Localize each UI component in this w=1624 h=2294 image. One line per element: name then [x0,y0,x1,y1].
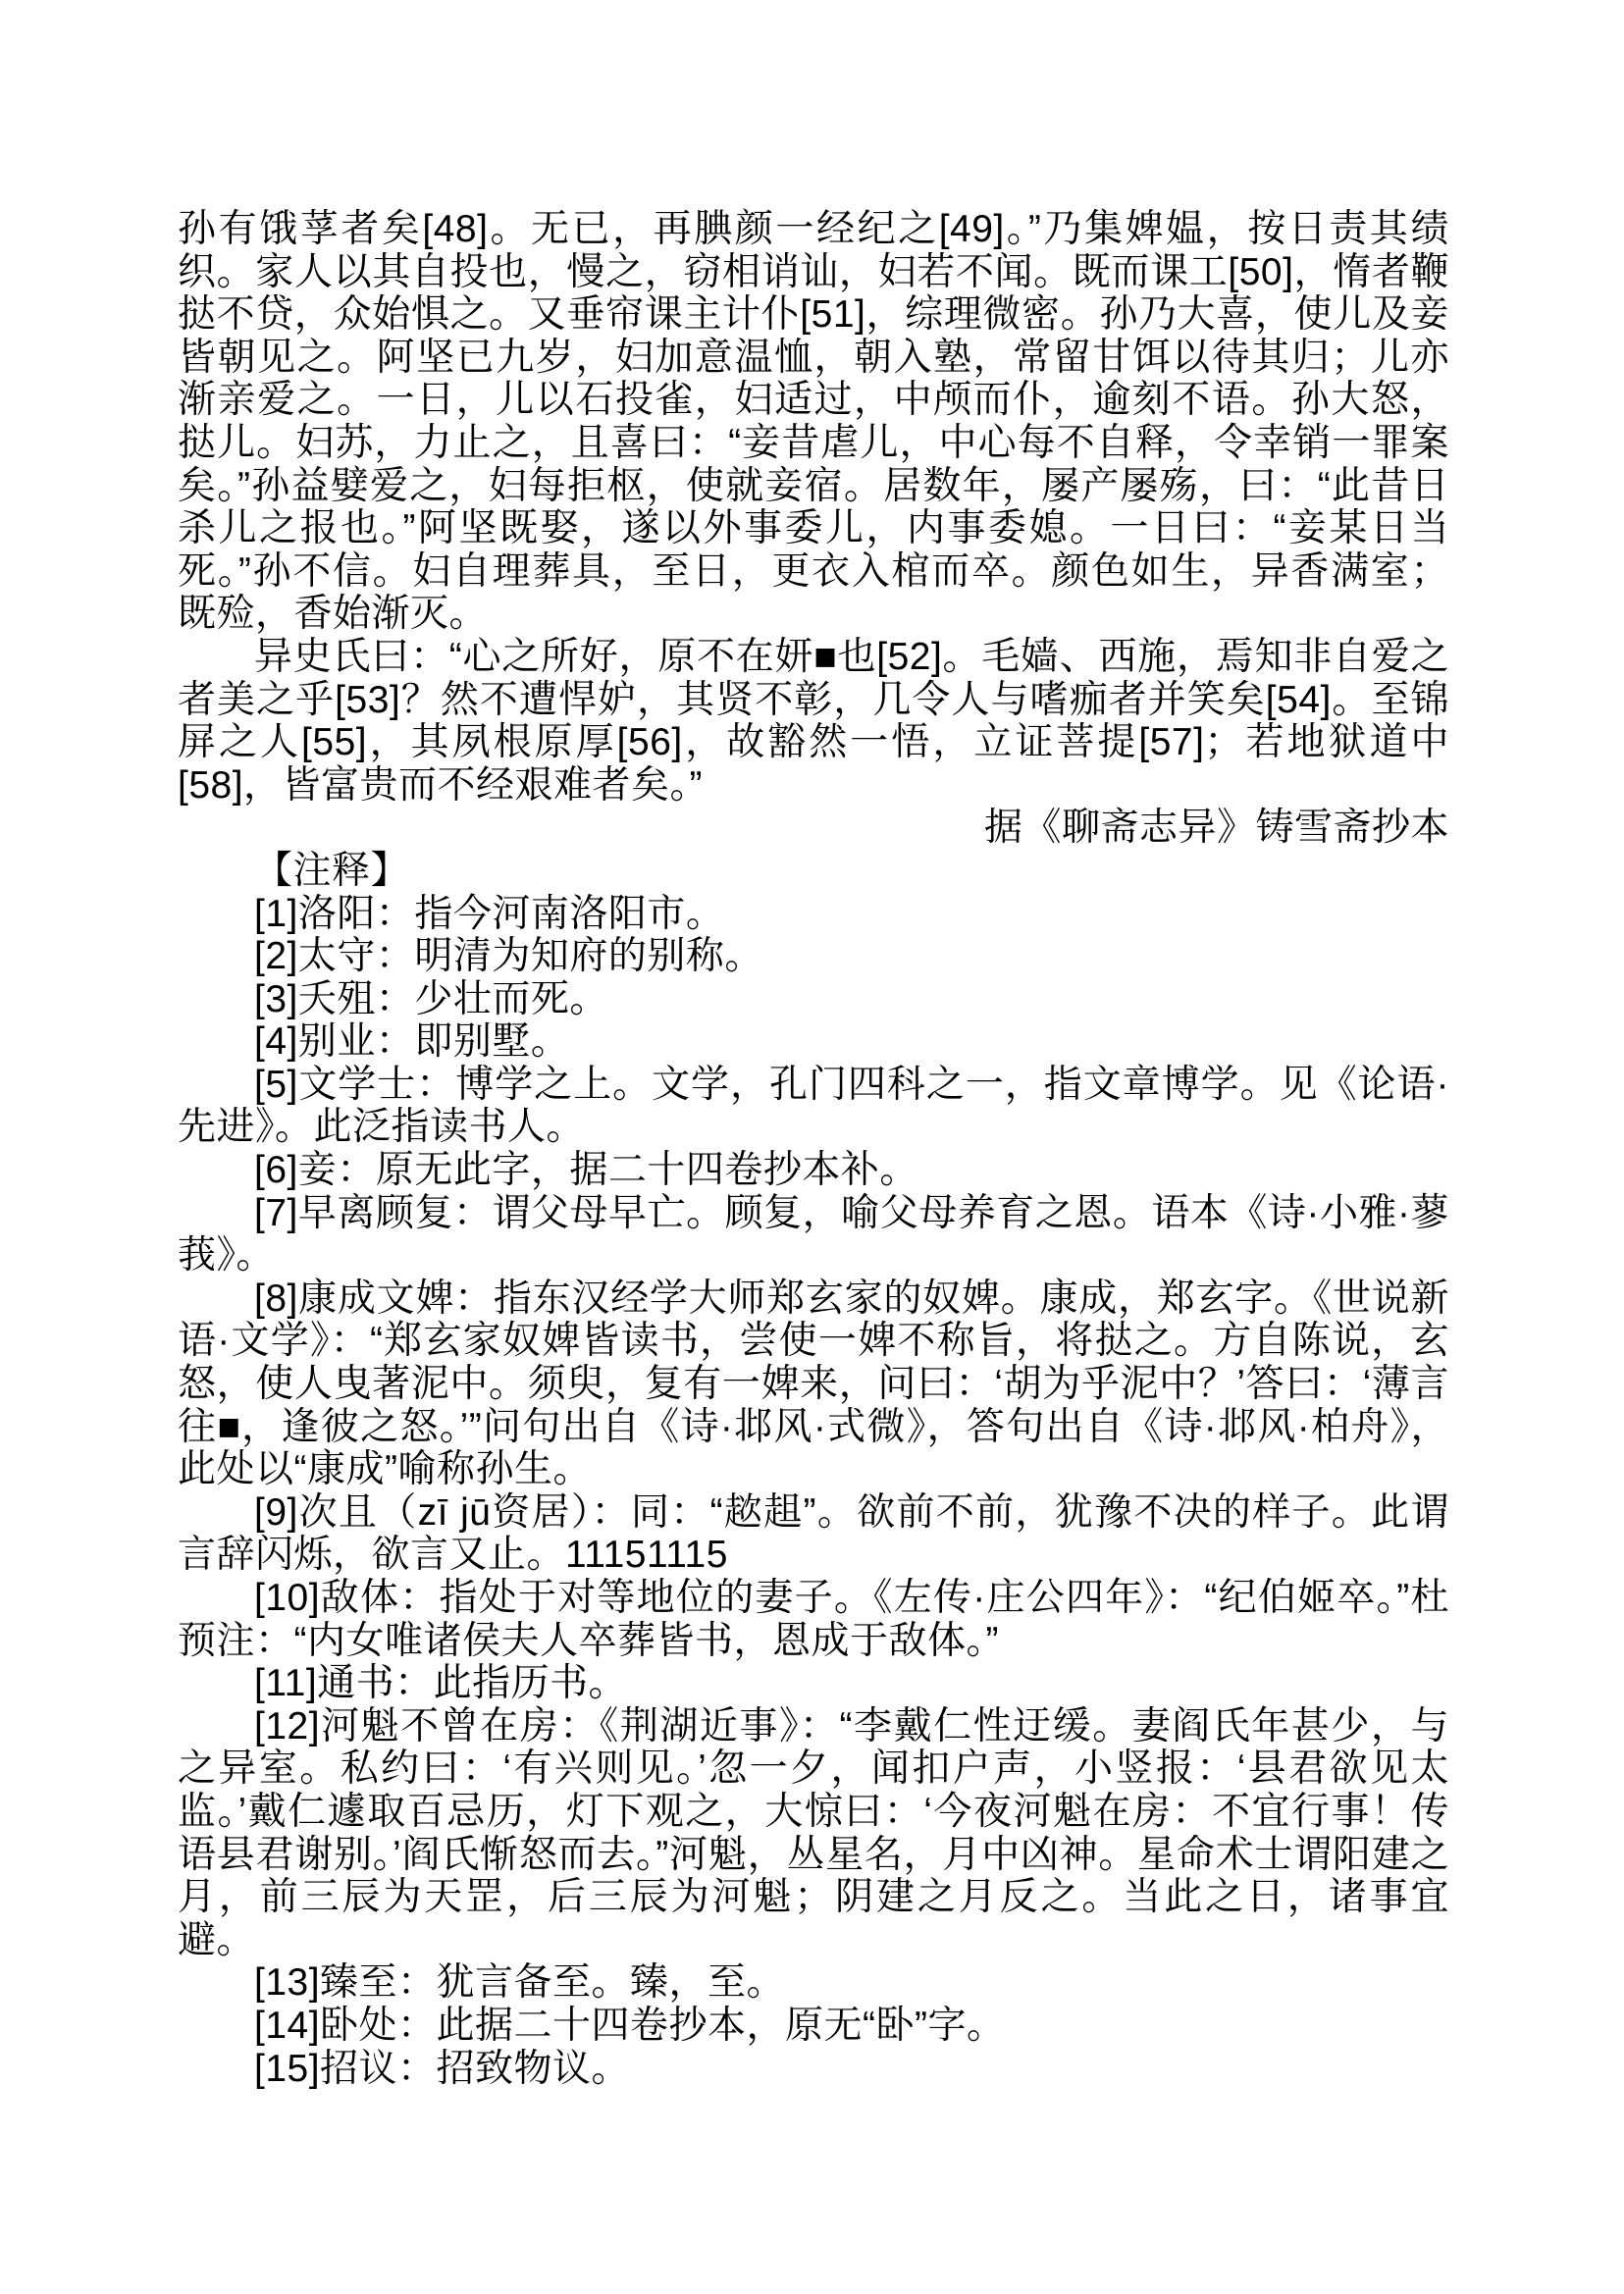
note-item-15: [15]招议：招致物议。 [178,2048,1449,2091]
note-item-2: [2]太守：明清为知府的别称。 [178,935,1449,978]
document-page: 孙有饿莩者矣[48]。无已，再腆颜一经纪之[49]。”乃集婢媪，按日责其绩织。家… [0,0,1624,2294]
note-item-11: [11]通书：此指历书。 [178,1662,1449,1705]
note-item-14: [14]卧处：此据二十四卷抄本，原无“卧”字。 [178,2005,1449,2048]
note-item-8: [8]康成文婢：指东汉经学大师郑玄家的奴婢。康成，郑玄字。《世说新语·文学》：“… [178,1277,1449,1491]
note-item-13: [13]臻至：犹言备至。臻，至。 [178,1961,1449,2005]
text-block: 孙有饿莩者矣[48]。无已，再腆颜一经纪之[49]。”乃集婢媪，按日责其绩织。家… [178,208,1449,2090]
note-item-6: [6]妾：原无此字，据二十四卷抄本补。 [178,1149,1449,1192]
notes-header: 【注释】 [178,850,1449,893]
note-item-7: [7]早离顾复：谓父母早亡。顾复，喻父母养育之恩。语本《诗·小雅·蓼莪》。 [178,1192,1449,1277]
note-item-5: [5]文学士：博学之上。文学，孔门四科之一，指文章博学。见《论语·先进》。此泛指… [178,1064,1449,1149]
note-item-4: [4]别业：即别墅。 [178,1020,1449,1064]
story-continuation-paragraph: 孙有饿莩者矣[48]。无已，再腆颜一经纪之[49]。”乃集婢媪，按日责其绩织。家… [178,208,1449,636]
commentary-paragraph: 异史氏曰：“心之所好，原不在妍■也[52]。毛嫱、西施，焉知非自爱之者美之乎[5… [178,636,1449,807]
note-item-10: [10]敌体：指处于对等地位的妻子。《左传·庄公四年》：“纪伯姬卒。”杜预注：“… [178,1577,1449,1662]
source-attribution: 据《聊斋志异》铸雪斋抄本 [178,807,1449,850]
note-item-9: [9]次且（zī jū资居）：同：“趑趄”。欲前不前，犹豫不决的样子。此谓言辞闪… [178,1491,1449,1577]
note-item-3: [3]夭殂：少壮而死。 [178,978,1449,1021]
note-item-12: [12]河魁不曾在房：《荆湖近事》：“李戴仁性迂缓。妻阎氏年甚少，与之异室。私约… [178,1705,1449,1962]
note-item-1: [1]洛阳：指今河南洛阳市。 [178,893,1449,936]
